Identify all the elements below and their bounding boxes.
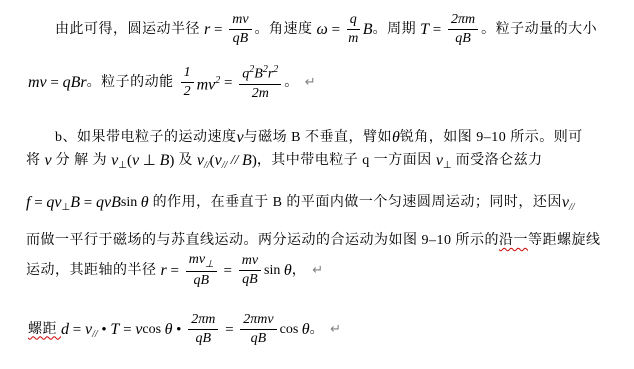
math-var-T: T xyxy=(110,319,119,341)
math-var-B: B xyxy=(254,67,263,82)
math-var-v: v xyxy=(135,319,142,341)
denominator: 2m xyxy=(252,85,269,102)
numerator: 2πmv xyxy=(240,312,276,330)
math-var-qv: qv xyxy=(46,192,61,214)
math-var-omega: ω xyxy=(317,19,328,41)
math-var-v: v xyxy=(45,150,52,172)
numerator: mv⊥ xyxy=(186,252,217,272)
equals-sign: = xyxy=(220,72,236,94)
math-var-theta: θ xyxy=(165,319,173,341)
fraction-2pim-qB: 2πm qB xyxy=(448,12,478,47)
math-var-theta: θ xyxy=(284,260,292,282)
equals-sign: = xyxy=(328,19,344,41)
paragraph-mark-icon: ↵ xyxy=(312,260,323,282)
spellcheck-underlined-text: 螺距 xyxy=(28,319,61,341)
text-run: 。 xyxy=(284,72,299,94)
sin-function: sin xyxy=(264,260,284,282)
math-var-B: B xyxy=(160,150,170,172)
numerator: 1 xyxy=(181,65,194,83)
text-run: 的作用，在垂直于 B 的平面内做一个匀速圆周运动；同时，还因 xyxy=(149,192,562,214)
parallel-sign: // xyxy=(227,150,242,172)
math-var-qvB: qvB xyxy=(96,192,121,214)
math-var-v: v xyxy=(436,150,443,172)
subscript-parallel: // xyxy=(92,324,98,346)
spellcheck-underlined-text: 沿一 xyxy=(499,230,528,252)
denominator: 2 xyxy=(184,83,191,100)
fraction-2pimv-qB: 2πmv qB xyxy=(240,312,276,347)
math-var-v: v xyxy=(237,127,244,149)
subscript-parallel: // xyxy=(222,155,228,177)
equals-sign: = xyxy=(69,319,85,341)
denominator: qB xyxy=(195,330,211,347)
subscript-perp: ⊥ xyxy=(443,155,452,177)
equals-sign: = xyxy=(30,192,46,214)
text-run: b、如果带电粒子的运动速度 xyxy=(55,127,237,149)
text-run: 运动，其距轴的半径 xyxy=(26,260,161,282)
text-run: 。周期 xyxy=(373,19,421,41)
denominator: qB xyxy=(242,271,258,288)
numerator: 2πm xyxy=(448,12,478,30)
text-run: 。 xyxy=(310,319,325,341)
text-line-4: 将 v 分 解 为 v ⊥ ( v ⊥ B ) 及 v // ( v // //… xyxy=(26,150,543,172)
numerator: 2πm xyxy=(188,312,218,330)
denominator: qB xyxy=(455,30,471,47)
text-run: 而受洛仑兹力 xyxy=(452,150,543,172)
equals-sign: = xyxy=(429,19,445,41)
text-line-7: 运动，其距轴的半径 r = mv⊥ qB = mv qB sin θ ， ↵ xyxy=(26,252,323,289)
text-run: ， xyxy=(292,260,307,282)
fraction-q-m: q m xyxy=(347,12,360,47)
fraction-2pim-qB: 2πm qB xyxy=(188,312,218,347)
text-run: 由此可得，圆运动半径 xyxy=(55,19,204,41)
perpendicular-sign: ⊥ xyxy=(139,150,160,172)
math-var-v: v xyxy=(197,150,204,172)
numerator: mv xyxy=(239,253,261,271)
text-run: 锐角，如图 9–10 所示。则可 xyxy=(400,127,583,149)
text-run: ，其中带电粒子 q 一方面因 xyxy=(257,150,436,172)
denominator: qB xyxy=(193,272,209,289)
subscript-parallel: // xyxy=(569,197,575,219)
bullet-operator: • xyxy=(172,319,185,341)
text-run: 将 xyxy=(26,150,45,172)
math-var-v: v xyxy=(215,150,222,172)
sin-function: sin xyxy=(121,192,141,214)
numerator: mv xyxy=(229,12,251,30)
text-run: 而做一平行于磁场的与苏直线运动。两分运动的合运动为如图 9–10 所示的 xyxy=(26,230,499,252)
equals-sign: = xyxy=(47,72,63,94)
equals-sign: = xyxy=(80,192,96,214)
equals-sign: = xyxy=(221,319,237,341)
fraction-one-half: 1 2 xyxy=(181,65,194,100)
text-run: 分 解 为 xyxy=(52,150,112,172)
text-run: 及 xyxy=(174,150,197,172)
text-run: 与磁场 B 不垂直，臂如 xyxy=(244,127,392,149)
cos-function: cos xyxy=(142,319,164,341)
denominator: qB xyxy=(251,330,267,347)
math-var-mv: mv xyxy=(189,252,205,267)
math-var-theta: θ xyxy=(141,192,149,214)
document-page: 由此可得，圆运动半径 r = mv qB 。角速度 ω = q m B 。周期 … xyxy=(0,0,634,369)
numerator: q xyxy=(347,12,360,30)
superscript-2: 2 xyxy=(273,64,278,75)
text-line-2: mv = qBr 。粒子的动能 1 2 mv2 = q2B2r2 2m 。 ↵ xyxy=(28,64,316,102)
cos-function: cos xyxy=(280,319,302,341)
math-var-d: d xyxy=(61,319,69,341)
math-var-v: v xyxy=(111,150,118,172)
math-var-B: B xyxy=(242,150,252,172)
equals-sign: = xyxy=(220,260,236,282)
bullet-operator: • xyxy=(98,319,111,341)
text-run: 等距螺旋线 xyxy=(528,230,601,252)
denominator: qB xyxy=(233,30,249,47)
math-var-T: T xyxy=(420,19,429,41)
equals-sign: = xyxy=(167,260,183,282)
paragraph-mark-icon: ↵ xyxy=(330,319,341,341)
fraction-mv-qB: mv qB xyxy=(239,253,261,288)
text-run: 。角速度 xyxy=(255,19,317,41)
text-line-1: 由此可得，圆运动半径 r = mv qB 。角速度 ω = q m B 。周期 … xyxy=(55,12,597,47)
math-var-v: v xyxy=(562,192,569,214)
subscript-parallel: // xyxy=(204,155,210,177)
math-var-mv: mv xyxy=(28,72,47,94)
text-run: 。粒子动量的大小 xyxy=(481,19,597,41)
fraction-q2B2r2-2m: q2B2r2 2m xyxy=(239,64,281,102)
math-var-v: v xyxy=(132,150,139,172)
fraction-mv-qB: mv qB xyxy=(229,12,251,47)
subscript-perp: ⊥ xyxy=(205,259,214,270)
math-var-text: mv xyxy=(197,76,216,93)
math-var-B: B xyxy=(70,192,80,214)
math-var-B: B xyxy=(363,19,373,41)
equals-sign: = xyxy=(119,319,135,341)
subscript-perp: ⊥ xyxy=(118,155,127,177)
text-run: 。粒子的动能 xyxy=(87,72,178,94)
denominator: m xyxy=(348,30,358,47)
text-line-3: b、如果带电粒子的运动速度 v 与磁场 B 不垂直，臂如 θ 锐角，如图 9–1… xyxy=(55,127,583,149)
math-var-qBr: qBr xyxy=(63,72,87,94)
math-var-theta: θ xyxy=(392,127,400,149)
math-var-mv: mv2 xyxy=(197,70,221,96)
text-line-5: f = qv ⊥ B = qvB sin θ 的作用，在垂直于 B 的平面内做一… xyxy=(26,192,575,214)
math-var-theta: θ xyxy=(302,319,310,341)
subscript-perp: ⊥ xyxy=(62,197,71,219)
paragraph-mark-icon: ↵ xyxy=(305,72,316,94)
math-var-v: v xyxy=(85,319,92,341)
fraction-mvperp-qB: mv⊥ qB xyxy=(186,252,217,289)
equals-sign: = xyxy=(210,19,226,41)
text-line-8: 螺距 d = v // • T = v cos θ • 2πm qB = 2πm… xyxy=(28,312,341,347)
numerator: q2B2r2 xyxy=(239,64,281,85)
text-line-6: 而做一平行于磁场的与苏直线运动。两分运动的合运动为如图 9–10 所示的 沿一 … xyxy=(26,230,601,252)
